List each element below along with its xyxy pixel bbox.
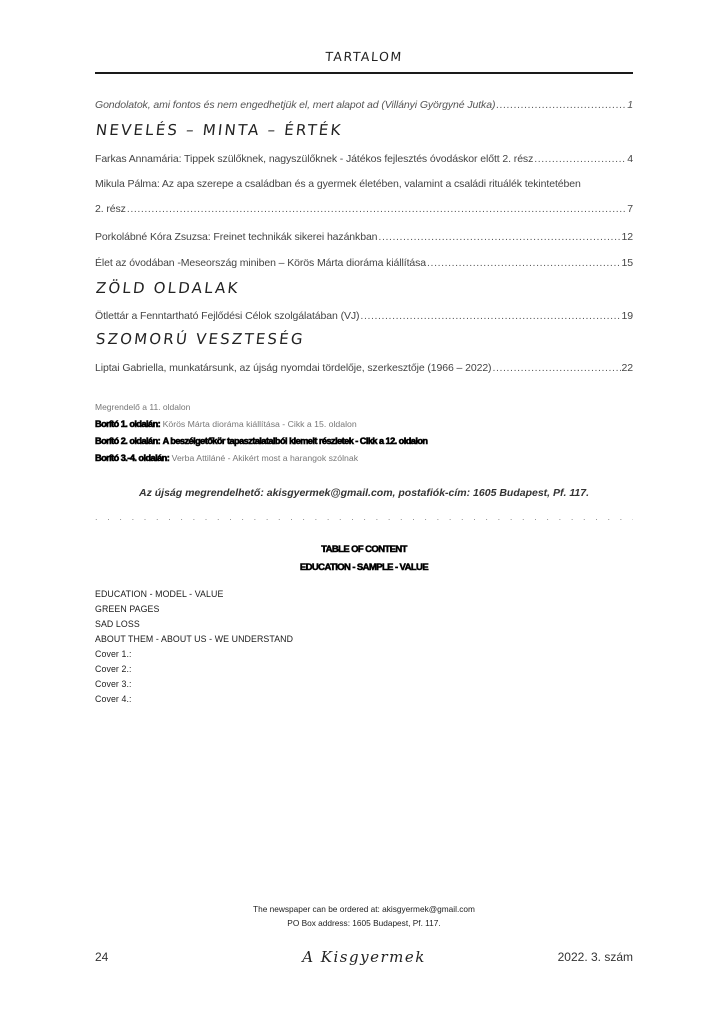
section-heading-zold-oldalak: ZÖLD OLDALAK xyxy=(95,279,241,297)
english-toc-item: ABOUT THEM - ABOUT US - WE UNDERSTAND xyxy=(95,634,293,644)
toc-entry[interactable]: Porkolábné Kóra Zsuzsa: Freinet techniká… xyxy=(95,231,633,243)
dotted-separator: . . . . . . . . . . . . . . . . . . . . … xyxy=(95,512,633,522)
english-toc-item: Cover 4.: xyxy=(95,694,132,704)
publication-name: A Kisgyermek xyxy=(95,948,633,966)
footer-order-note-line1: The newspaper can be ordered at: akisgye… xyxy=(95,904,633,914)
page-footer: 24 A Kisgyermek 2022. 3. szám xyxy=(95,948,633,968)
cover-note-3: Borító 3.-4. oldalán: Verba Attiláné - A… xyxy=(95,453,358,463)
toc-page-number: 1 xyxy=(627,99,633,111)
english-toc-item: GREEN PAGES xyxy=(95,604,160,614)
english-toc-subtitle: EDUCATION - SAMPLE - VALUE xyxy=(95,562,633,573)
toc-entry-title: Farkas Annamária: Tippek szülőknek, nagy… xyxy=(95,153,533,165)
cover-text: A beszélgetőkör tapasztalataiból kiemelt… xyxy=(163,436,428,446)
toc-leader-dots xyxy=(492,362,620,374)
toc-page-number: 22 xyxy=(622,362,633,374)
toc-page-number: 4 xyxy=(627,153,633,165)
section-heading-szomoru-veszteseg: SZOMORÚ VESZTESÉG xyxy=(95,330,306,348)
cover-note-1: Borító 1. oldalán: Körös Márta dioráma k… xyxy=(95,419,357,429)
toc-page-number: 12 xyxy=(622,231,633,243)
english-toc-item: Cover 2.: xyxy=(95,664,132,674)
english-toc-item: EDUCATION - MODEL - VALUE xyxy=(95,589,223,599)
order-form-note: Megrendelő a 11. oldalon xyxy=(95,402,190,412)
header-rule xyxy=(95,72,633,74)
toc-leader-dots xyxy=(360,310,620,322)
toc-leader-dots xyxy=(427,257,620,269)
cover-note-2: Borító 2. oldalán: A beszélgetőkör tapas… xyxy=(95,436,428,446)
toc-entry-title-line1[interactable]: Mikula Pálma: Az apa szerepe a családban… xyxy=(95,178,633,190)
toc-entry-title: Élet az óvodában -Meseország miniben – K… xyxy=(95,257,426,269)
cover-text: Verba Attiláné - Akikért most a harangok… xyxy=(172,453,358,463)
cover-label: Borító 3.-4. oldalán: xyxy=(95,453,169,463)
toc-entry[interactable]: 2. rész 7 xyxy=(95,203,633,215)
toc-entry-title: Ötlettár a Fenntartható Fejlődési Célok … xyxy=(95,310,359,322)
cover-text: Körös Márta dioráma kiállítása - Cikk a … xyxy=(163,419,357,429)
toc-entry-intro[interactable]: Gondolatok, ami fontos és nem engedhetjü… xyxy=(95,99,633,111)
toc-entry-title: Liptai Gabriella, munkatársunk, az újság… xyxy=(95,362,491,374)
cover-label: Borító 1. oldalán: xyxy=(95,419,160,429)
toc-entry[interactable]: Ötlettár a Fenntartható Fejlődési Célok … xyxy=(95,310,633,322)
toc-entry-title: 2. rész xyxy=(95,203,126,215)
toc-leader-dots xyxy=(496,99,626,111)
english-toc-item: Cover 1.: xyxy=(95,649,132,659)
cover-label: Borító 2. oldalán: xyxy=(95,436,160,446)
toc-entry[interactable]: Liptai Gabriella, munkatársunk, az újság… xyxy=(95,362,633,374)
toc-entry-title: Gondolatok, ami fontos és nem engedhetjü… xyxy=(95,99,495,111)
english-toc-item: Cover 3.: xyxy=(95,679,132,689)
section-heading-neveles: NEVELÉS – MINTA – ÉRTÉK xyxy=(95,121,344,139)
document-page: TARTALOM Gondolatok, ami fontos és nem e… xyxy=(0,0,728,1021)
toc-page-number: 15 xyxy=(622,257,633,269)
toc-leader-dots xyxy=(127,203,626,215)
page-title: TARTALOM xyxy=(94,49,633,64)
toc-entry[interactable]: Farkas Annamária: Tippek szülőknek, nagy… xyxy=(95,153,633,165)
issue-number: 2022. 3. szám xyxy=(558,950,633,964)
toc-page-number: 19 xyxy=(622,310,633,322)
toc-entry[interactable]: Élet az óvodában -Meseország miniben – K… xyxy=(95,257,633,269)
toc-leader-dots xyxy=(534,153,626,165)
english-toc-item: SAD LOSS xyxy=(95,619,140,629)
footer-order-note-line2: PO Box address: 1605 Budapest, Pf. 117. xyxy=(95,918,633,928)
toc-page-number: 7 xyxy=(627,203,633,215)
toc-leader-dots xyxy=(378,231,620,243)
toc-entry-title: Porkolábné Kóra Zsuzsa: Freinet techniká… xyxy=(95,231,377,243)
subscription-info: Az újság megrendelhető: akisgyermek@gmai… xyxy=(95,487,633,499)
english-toc-title: TABLE OF CONTENT xyxy=(95,544,633,555)
